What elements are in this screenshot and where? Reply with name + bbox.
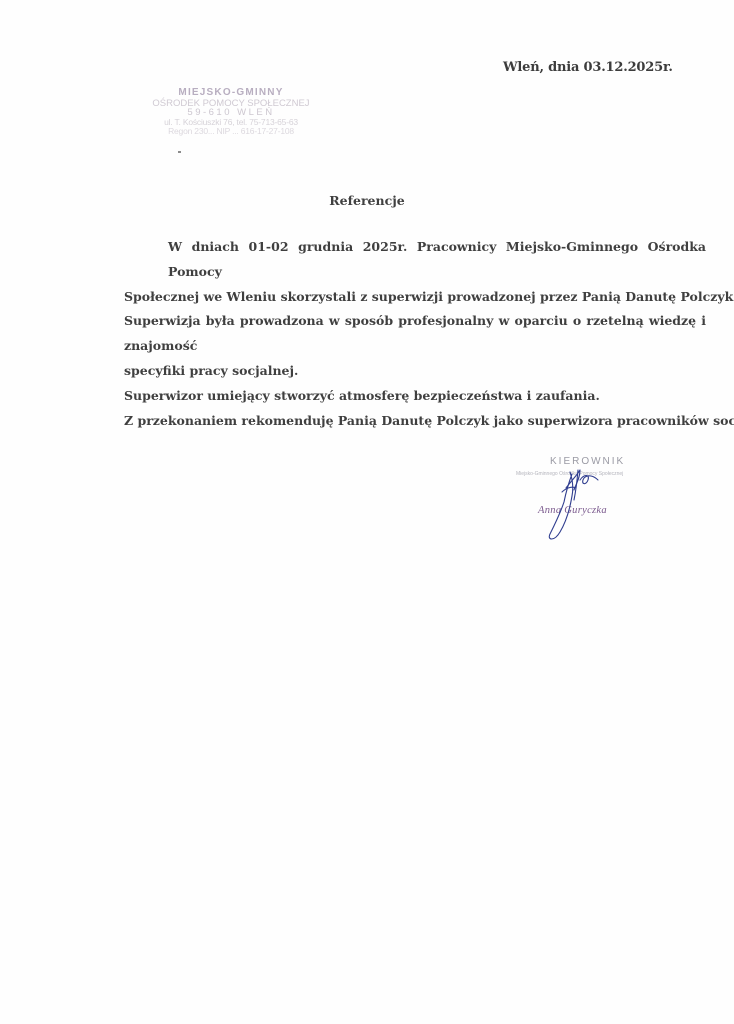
paragraph-2-line-1: Superwizja była prowadzona w sposób prof… [124, 309, 706, 359]
paragraph-1-line-1: W dniach 01-02 grudnia 2025r. Pracownicy… [124, 235, 706, 285]
paragraph-1-line-2: Społecznej we Wleniu skorzystali z super… [124, 285, 706, 310]
stamp-line-1: MIEJSKO-GMINNY [148, 88, 314, 99]
stamp-mark [178, 151, 181, 153]
document-title: Referencje [0, 193, 734, 208]
paragraph-3: Superwizor umiejący stworzyć atmosferę b… [124, 384, 706, 409]
handwritten-signature-icon [514, 452, 664, 552]
place-and-date: Wleń, dnia 03.12.2025r. [503, 60, 673, 75]
stamp-line-5: Regon 230... NIP ... 616-17-27-108 [148, 127, 314, 136]
document-body: W dniach 01-02 grudnia 2025r. Pracownicy… [124, 235, 706, 433]
signature-block: KIEROWNIK Miejsko-Gminnego Ośrodka Pomoc… [514, 452, 664, 552]
paragraph-4: Z przekonaniem rekomenduję Panią Danutę … [124, 409, 706, 434]
paragraph-2-line-2: specyfiki pracy socjalnej. [124, 359, 706, 384]
document-page: Wleń, dnia 03.12.2025r. MIEJSKO-GMINNY O… [0, 0, 734, 1024]
institution-stamp: MIEJSKO-GMINNY OŚRODEK POMOCY SPOŁECZNEJ… [148, 88, 314, 136]
